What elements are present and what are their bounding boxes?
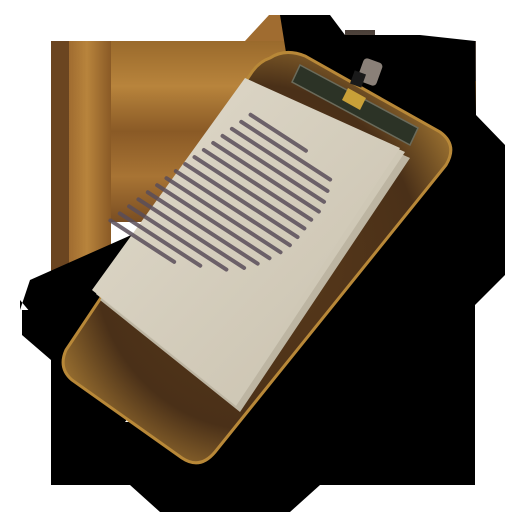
clipboard-icon-canvas bbox=[0, 0, 512, 512]
